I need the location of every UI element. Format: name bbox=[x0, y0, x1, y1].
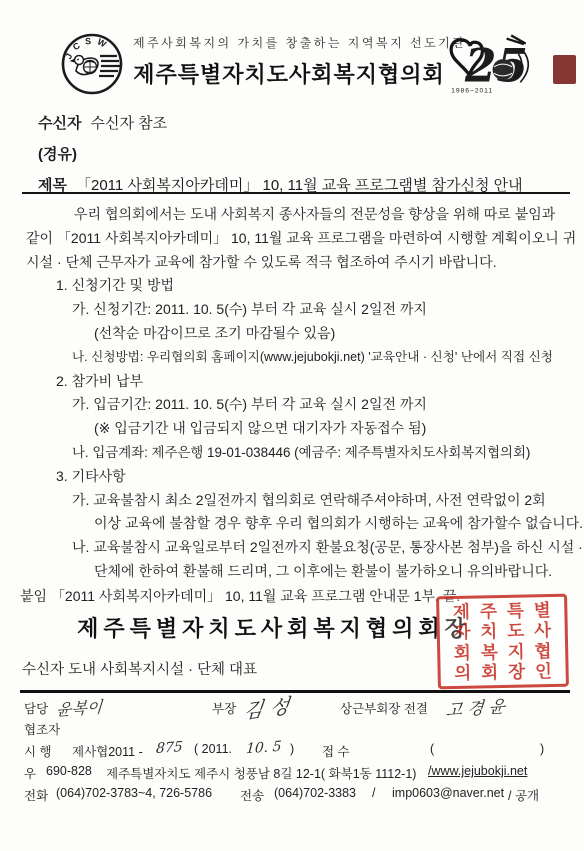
official-seal-stamp: 제주특별 자치도사 회복지협 의회장인 bbox=[436, 594, 569, 690]
seal-row: 회복지협 bbox=[440, 640, 565, 663]
footer-block: 담당 윤복이 부장 김성 상근부회장 전결 고경윤 협조자 시 행 제사협201… bbox=[0, 694, 584, 814]
scanned-official-letter: JCSW 제주사회복지의 가치를 창출하는 지역복지 선도기관 제주특 bbox=[0, 0, 584, 851]
fax-number: (064)702-3383 bbox=[274, 786, 356, 800]
cooperator-label: 협조자 bbox=[24, 720, 60, 738]
org-name: 제주특별자치도사회복지협의회 bbox=[133, 58, 445, 89]
recipient-row: 수신자수신자 참조 bbox=[38, 112, 558, 133]
website-url: /www.jejubokji.net bbox=[428, 764, 527, 778]
body-line: 나. 입금계좌: 제주은행 19-01-038446 (예금주: 제주특별자치도… bbox=[26, 441, 566, 465]
email-separator: / bbox=[372, 786, 375, 800]
divider-top bbox=[22, 192, 570, 194]
doc-date-open: ( 2011. bbox=[194, 742, 232, 756]
via-row: (경유) bbox=[38, 143, 558, 164]
body-line: 1. 신청기간 및 방법 bbox=[26, 274, 566, 298]
body-line: 같이 「2011 사회복지아카데미」 10, 11월 교육 프로그램을 마련하여… bbox=[26, 227, 566, 251]
org-tagline: 제주사회복지의 가치를 창출하는 지역복지 선도기관 bbox=[133, 34, 445, 51]
approver-signature: 고경윤 bbox=[445, 692, 511, 722]
doc-date-close: ) bbox=[290, 742, 294, 756]
distribution-line: 수신자 도내 사회복지시설 · 단체 대표 bbox=[22, 658, 257, 679]
address: 제주특별자치도 제주시 청풍남 8길 12-1( 화북1동 1112-1) bbox=[106, 764, 416, 782]
seal-row: 의회장인 bbox=[440, 661, 565, 684]
body-line: 2. 참가비 납부 bbox=[26, 370, 566, 394]
body-line: 나. 신청방법: 우리협의회 홈페이지(www.jejubokji.net) '… bbox=[26, 346, 566, 370]
fax-label: 전송 bbox=[240, 786, 264, 804]
doc-number-printed: 제사협2011 - bbox=[72, 742, 143, 760]
body-line: 이상 교육에 불참할 경우 향후 우리 협의회가 시행하는 교육에 참가할수 없… bbox=[26, 512, 566, 536]
body-line: 우리 협의회에서는 도내 사회복지 종사자들의 전문성을 향상을 위해 따로 붙… bbox=[26, 203, 566, 227]
body-line: 시설 · 단체 근무자가 교육에 참가할 수 있도록 적극 협조하여 주시기 바… bbox=[26, 251, 566, 275]
body-line: 나. 교육불참시 교육일로부터 2일전까지 환불요청(공문, 통장사본 첨부)을… bbox=[26, 536, 566, 560]
seal-row: 제주특별 bbox=[439, 600, 564, 623]
receipt-label: 접 수 bbox=[322, 742, 350, 760]
zip-label: 우 bbox=[24, 764, 36, 782]
body-line: 가. 교육불참시 최소 2일전까지 협의회로 연락해주셔야하며, 사전 연락없이… bbox=[26, 489, 566, 513]
disclosure-label: / 공개 bbox=[508, 786, 539, 804]
send-label: 시 행 bbox=[24, 742, 52, 760]
svg-text:1986~2011: 1986~2011 bbox=[451, 87, 493, 94]
seal-row: 자치도사 bbox=[440, 620, 565, 643]
red-seal-mark bbox=[553, 55, 576, 84]
anniversary-25-icon: 25 1986~2011 bbox=[443, 34, 543, 101]
phone-number: (064)702-3783~4, 726-5786 bbox=[56, 786, 212, 800]
body-line: 3. 기타사항 bbox=[26, 465, 566, 489]
letter-body: 우리 협의회에서는 도내 사회복지 종사자들의 전문성을 향상을 위해 따로 붙… bbox=[26, 203, 566, 609]
approver-label: 상근부회장 전결 bbox=[340, 699, 428, 717]
doc-date-hand: 10. 5 bbox=[245, 739, 282, 758]
body-line: 가. 입금기간: 2011. 10. 5(수) 부터 각 교육 실시 2일전 까… bbox=[26, 393, 566, 417]
jcsw-logo-icon: JCSW bbox=[52, 30, 132, 103]
via-label: (경유) bbox=[38, 146, 77, 163]
staff-signature: 윤복이 bbox=[55, 694, 103, 720]
body-line: (선착순 마감이므로 조기 마감될수 있음) bbox=[26, 322, 566, 346]
manager-signature: 김성 bbox=[242, 688, 298, 724]
body-line: 단체에 한하여 환불해 드리며, 그 이후에는 환불이 불가하오니 유의바랍니다… bbox=[26, 560, 566, 584]
body-line: (※ 입금기간 내 입금되지 않으면 대기자가 자동접수 됨) bbox=[26, 417, 566, 441]
manager-label: 부장 bbox=[212, 699, 236, 717]
staff-label: 담당 bbox=[24, 699, 48, 717]
email-address: imp0603@naver.net bbox=[392, 786, 504, 800]
recipient-value: 수신자 참조 bbox=[90, 115, 167, 132]
doc-number-hand: 875 bbox=[155, 739, 183, 757]
receipt-paren-open: ( bbox=[430, 742, 434, 756]
receipt-paren-close: ) bbox=[540, 742, 544, 756]
letterhead: JCSW 제주사회복지의 가치를 창출하는 지역복지 선도기관 제주특 bbox=[0, 28, 584, 100]
recipient-label: 수신자 bbox=[38, 115, 81, 132]
zip-code: 690-828 bbox=[46, 764, 92, 778]
body-line: 가. 신청기간: 2011. 10. 5(수) 부터 각 교육 실시 2일전 까… bbox=[26, 298, 566, 322]
phone-label: 전화 bbox=[24, 786, 48, 804]
